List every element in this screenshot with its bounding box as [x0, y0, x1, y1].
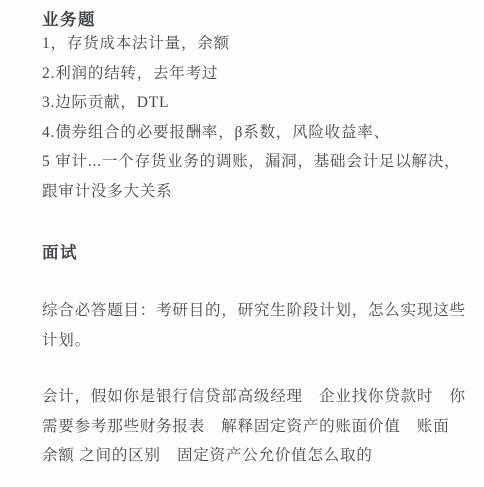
- document-page: 业务题 1，存货成本法计量，余额 2.利润的结转，去年考过 3.边际贡献，DTL…: [0, 0, 484, 487]
- accounting-question-line-1: 会计，假如你是银行信贷部高级经理 企业找你贷款时 你: [42, 382, 456, 412]
- business-item-5: 5 审计...一个存货业务的调账，漏洞，基础会计足以解决，: [42, 147, 456, 177]
- comprehensive-question-line-1: 综合必答题目：考研目的，研究生阶段计划，怎么实现这些: [42, 296, 456, 326]
- business-item-1: 1，存货成本法计量，余额: [42, 29, 456, 59]
- business-item-5-continued: 跟审计没多大关系: [42, 177, 456, 207]
- section-business-questions: 业务题 1，存货成本法计量，余额 2.利润的结转，去年考过 3.边际贡献，DTL…: [42, 10, 456, 206]
- business-item-2: 2.利润的结转，去年考过: [42, 59, 456, 89]
- paragraph-comprehensive-question: 综合必答题目：考研目的，研究生阶段计划，怎么实现这些 计划。: [42, 296, 456, 355]
- comprehensive-question-line-2: 计划。: [42, 326, 456, 356]
- section-heading-interview: 面试: [42, 243, 456, 262]
- section-heading-business: 业务题: [42, 10, 456, 29]
- business-item-3: 3.边际贡献，DTL: [42, 88, 456, 118]
- section-interview: 面试 综合必答题目：考研目的，研究生阶段计划，怎么实现这些 计划。 会计，假如你…: [42, 243, 456, 471]
- paragraph-accounting-question: 会计，假如你是银行信贷部高级经理 企业找你贷款时 你 需要参考那些财务报表 解释…: [42, 382, 456, 471]
- business-item-4: 4.债券组合的必要报酬率，β系数，风险收益率、: [42, 118, 456, 148]
- accounting-question-line-2: 需要参考那些财务报表 解释固定资产的账面价值 账面: [42, 412, 456, 442]
- accounting-question-line-3: 余额 之间的区别 固定资产公允价值怎么取的: [42, 441, 456, 471]
